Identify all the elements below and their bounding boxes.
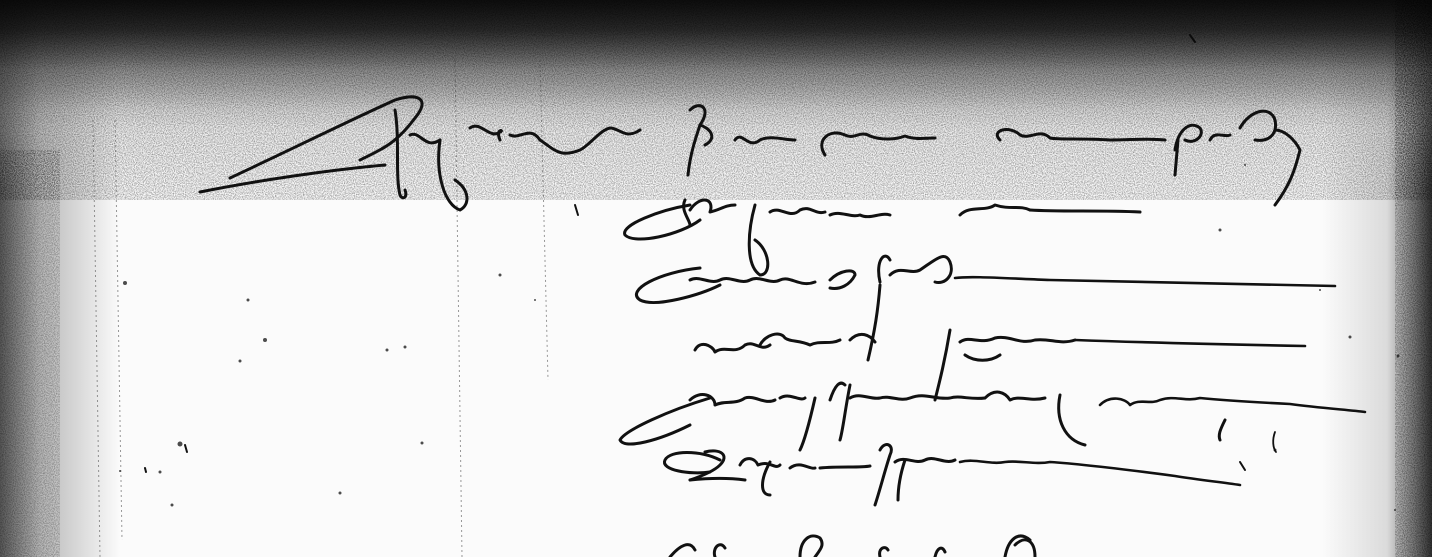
handwriting-line-7-partial (670, 536, 1035, 557)
manuscript-page: Ly la marq de noble claude plessy Roy no… (0, 0, 1432, 557)
handwriting-line-4 (695, 330, 1305, 400)
speckles (119, 164, 1400, 511)
handwriting-strokes (0, 0, 1432, 557)
handwriting-line-5 (620, 383, 1365, 452)
handwriting-line-6 (664, 445, 1240, 505)
handwriting-line-2 (625, 200, 1140, 275)
